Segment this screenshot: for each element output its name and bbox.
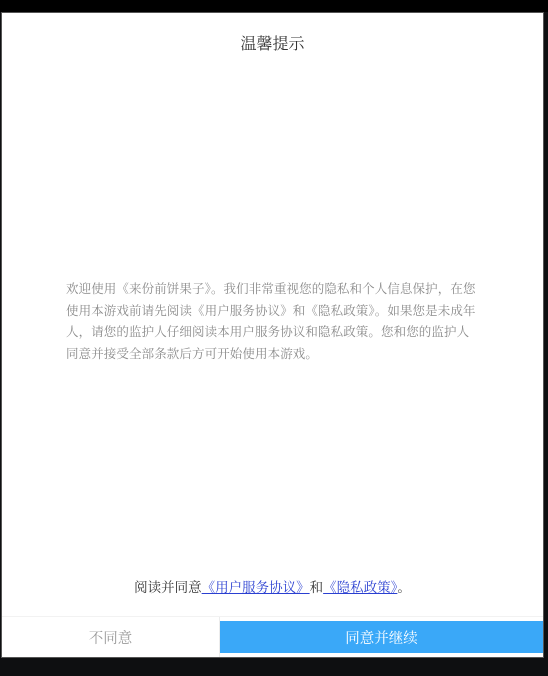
consent-conjunction: 和 (310, 580, 324, 596)
consent-suffix: 。 (397, 580, 411, 596)
top-bar (0, 0, 548, 12)
privacy-dialog: 温馨提示 欢迎使用《来份前饼果子》。我们非常重视您的隐私和个人信息保护，在您使用… (1, 12, 544, 658)
privacy-link[interactable]: 《隐私政策》 (323, 580, 397, 596)
terms-link[interactable]: 《用户服务协议》 (202, 580, 310, 596)
decline-button[interactable]: 不同意 (2, 617, 220, 657)
accept-button[interactable]: 同意并继续 (220, 621, 543, 653)
dialog-message: 欢迎使用《来份前饼果子》。我们非常重视您的隐私和个人信息保护，在您使用本游戏前请… (66, 278, 481, 364)
consent-line: 阅读并同意《用户服务协议》和《隐私政策》。 (2, 576, 543, 596)
dialog-title: 温馨提示 (2, 31, 543, 54)
consent-prefix: 阅读并同意 (134, 580, 202, 596)
